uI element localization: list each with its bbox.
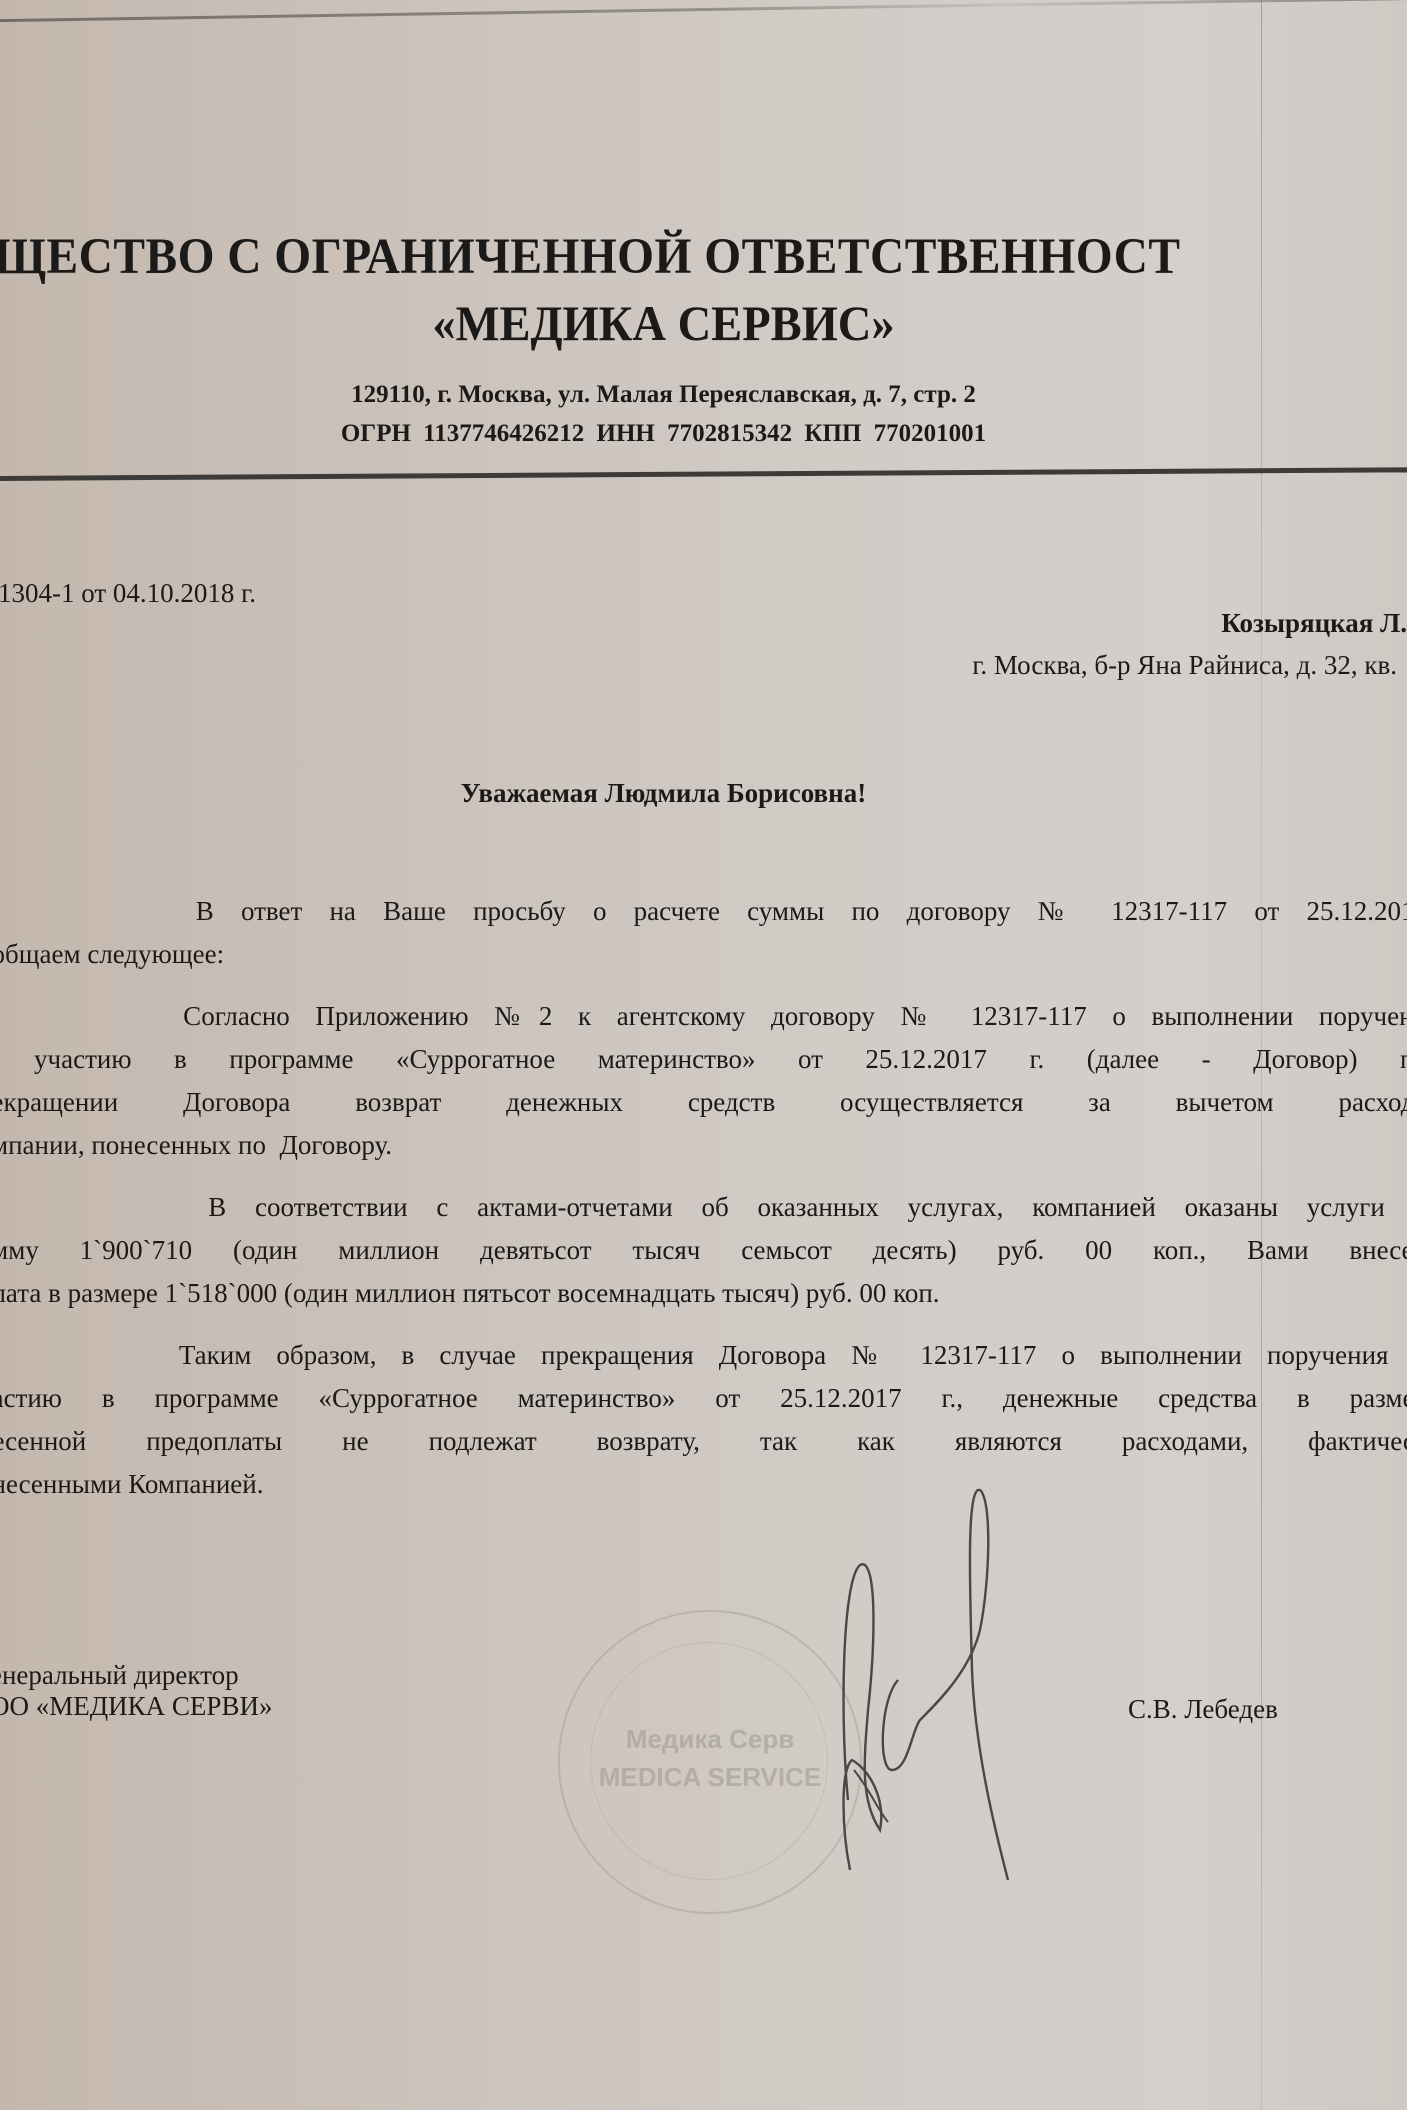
- signatory-company: ОО «МЕДИКА СЕРВИ»: [0, 1691, 272, 1722]
- stamp-inner-ring: [590, 1642, 828, 1880]
- body-line: плата в размере 1`518`000 (один миллион …: [0, 1272, 1407, 1315]
- body-line: В ответ на Ваше просьбу о расчете суммы …: [0, 890, 1407, 933]
- body-line: несенной предоплаты не подлежат возврату…: [0, 1420, 1407, 1463]
- recipient-address: г. Москва, б-р Яна Райниса, д. 32, кв.: [972, 650, 1397, 681]
- body-line: онесенными Компанией.: [0, 1463, 1407, 1506]
- signatory-name: С.В. Лебедев: [1128, 1694, 1278, 1725]
- paragraph-contract-terms: Согласно Приложению №2 к агентскому дого…: [0, 995, 1407, 1167]
- greeting: Уважаемая Людмила Борисовна!: [0, 778, 1367, 809]
- outgoing-reference: 1304-1 от 04.10.2018 г.: [0, 578, 256, 609]
- body-line: частию в программе «Суррогатное материнс…: [0, 1377, 1407, 1420]
- paragraph-amounts: В соответствии с актами-отчетами об оказ…: [0, 1186, 1407, 1315]
- company-stamp: Медика Серв MEDICA SERVICE: [558, 1610, 862, 1914]
- handwritten-signature: [820, 1470, 1020, 1880]
- letter-body: В ответ на Ваше просьбу о расчете суммы …: [0, 890, 1407, 1525]
- body-line: о участию в программе «Суррогатное матер…: [0, 1038, 1407, 1081]
- stamp-text: Медика Серв: [560, 1724, 860, 1755]
- letterhead-divider: [0, 467, 1407, 481]
- body-line: рекращении Договора возврат денежных сре…: [0, 1081, 1407, 1124]
- letterhead-address: 129110, г. Москва, ул. Малая Переяславск…: [0, 381, 1367, 409]
- body-line: омпании, понесенных по Договору.: [0, 1124, 1407, 1167]
- top-pencil-stroke: [0, 0, 1407, 22]
- scanned-letter: ЩЕСТВО С ОГРАНИЧЕННОЙ ОТВЕТСТВЕННОСТ «МЕ…: [0, 0, 1407, 2110]
- signatory-position: енеральный директор: [0, 1660, 272, 1691]
- paragraph-conclusion: Таким образом, в случае прекращения Дого…: [0, 1334, 1407, 1506]
- signatory-title: енеральный директор ОО «МЕДИКА СЕРВИ»: [0, 1660, 272, 1722]
- stamp-text: MEDICA SERVICE: [560, 1762, 860, 1793]
- letterhead-registration: ОГРН 1137746426212 ИНН 7702815342 КПП 77…: [0, 420, 1367, 448]
- body-line: Таким образом, в случае прекращения Дого…: [0, 1334, 1407, 1377]
- body-line: умму 1`900`710 (один миллион девятьсот т…: [0, 1229, 1407, 1272]
- body-line: ообщаем следующее:: [0, 933, 1407, 976]
- paragraph-request: В ответ на Ваше просьбу о расчете суммы …: [0, 890, 1407, 976]
- body-line: В соответствии с актами-отчетами об оказ…: [0, 1186, 1407, 1229]
- letterhead-org-type: ЩЕСТВО С ОГРАНИЧЕННОЙ ОТВЕТСТВЕННОСТ: [0, 228, 1352, 286]
- letterhead-company-name: «МЕДИКА СЕРВИС»: [9, 294, 1318, 352]
- body-line: Согласно Приложению №2 к агентскому дого…: [0, 995, 1407, 1038]
- recipient-name: Козыряцкая Л.: [1221, 608, 1407, 639]
